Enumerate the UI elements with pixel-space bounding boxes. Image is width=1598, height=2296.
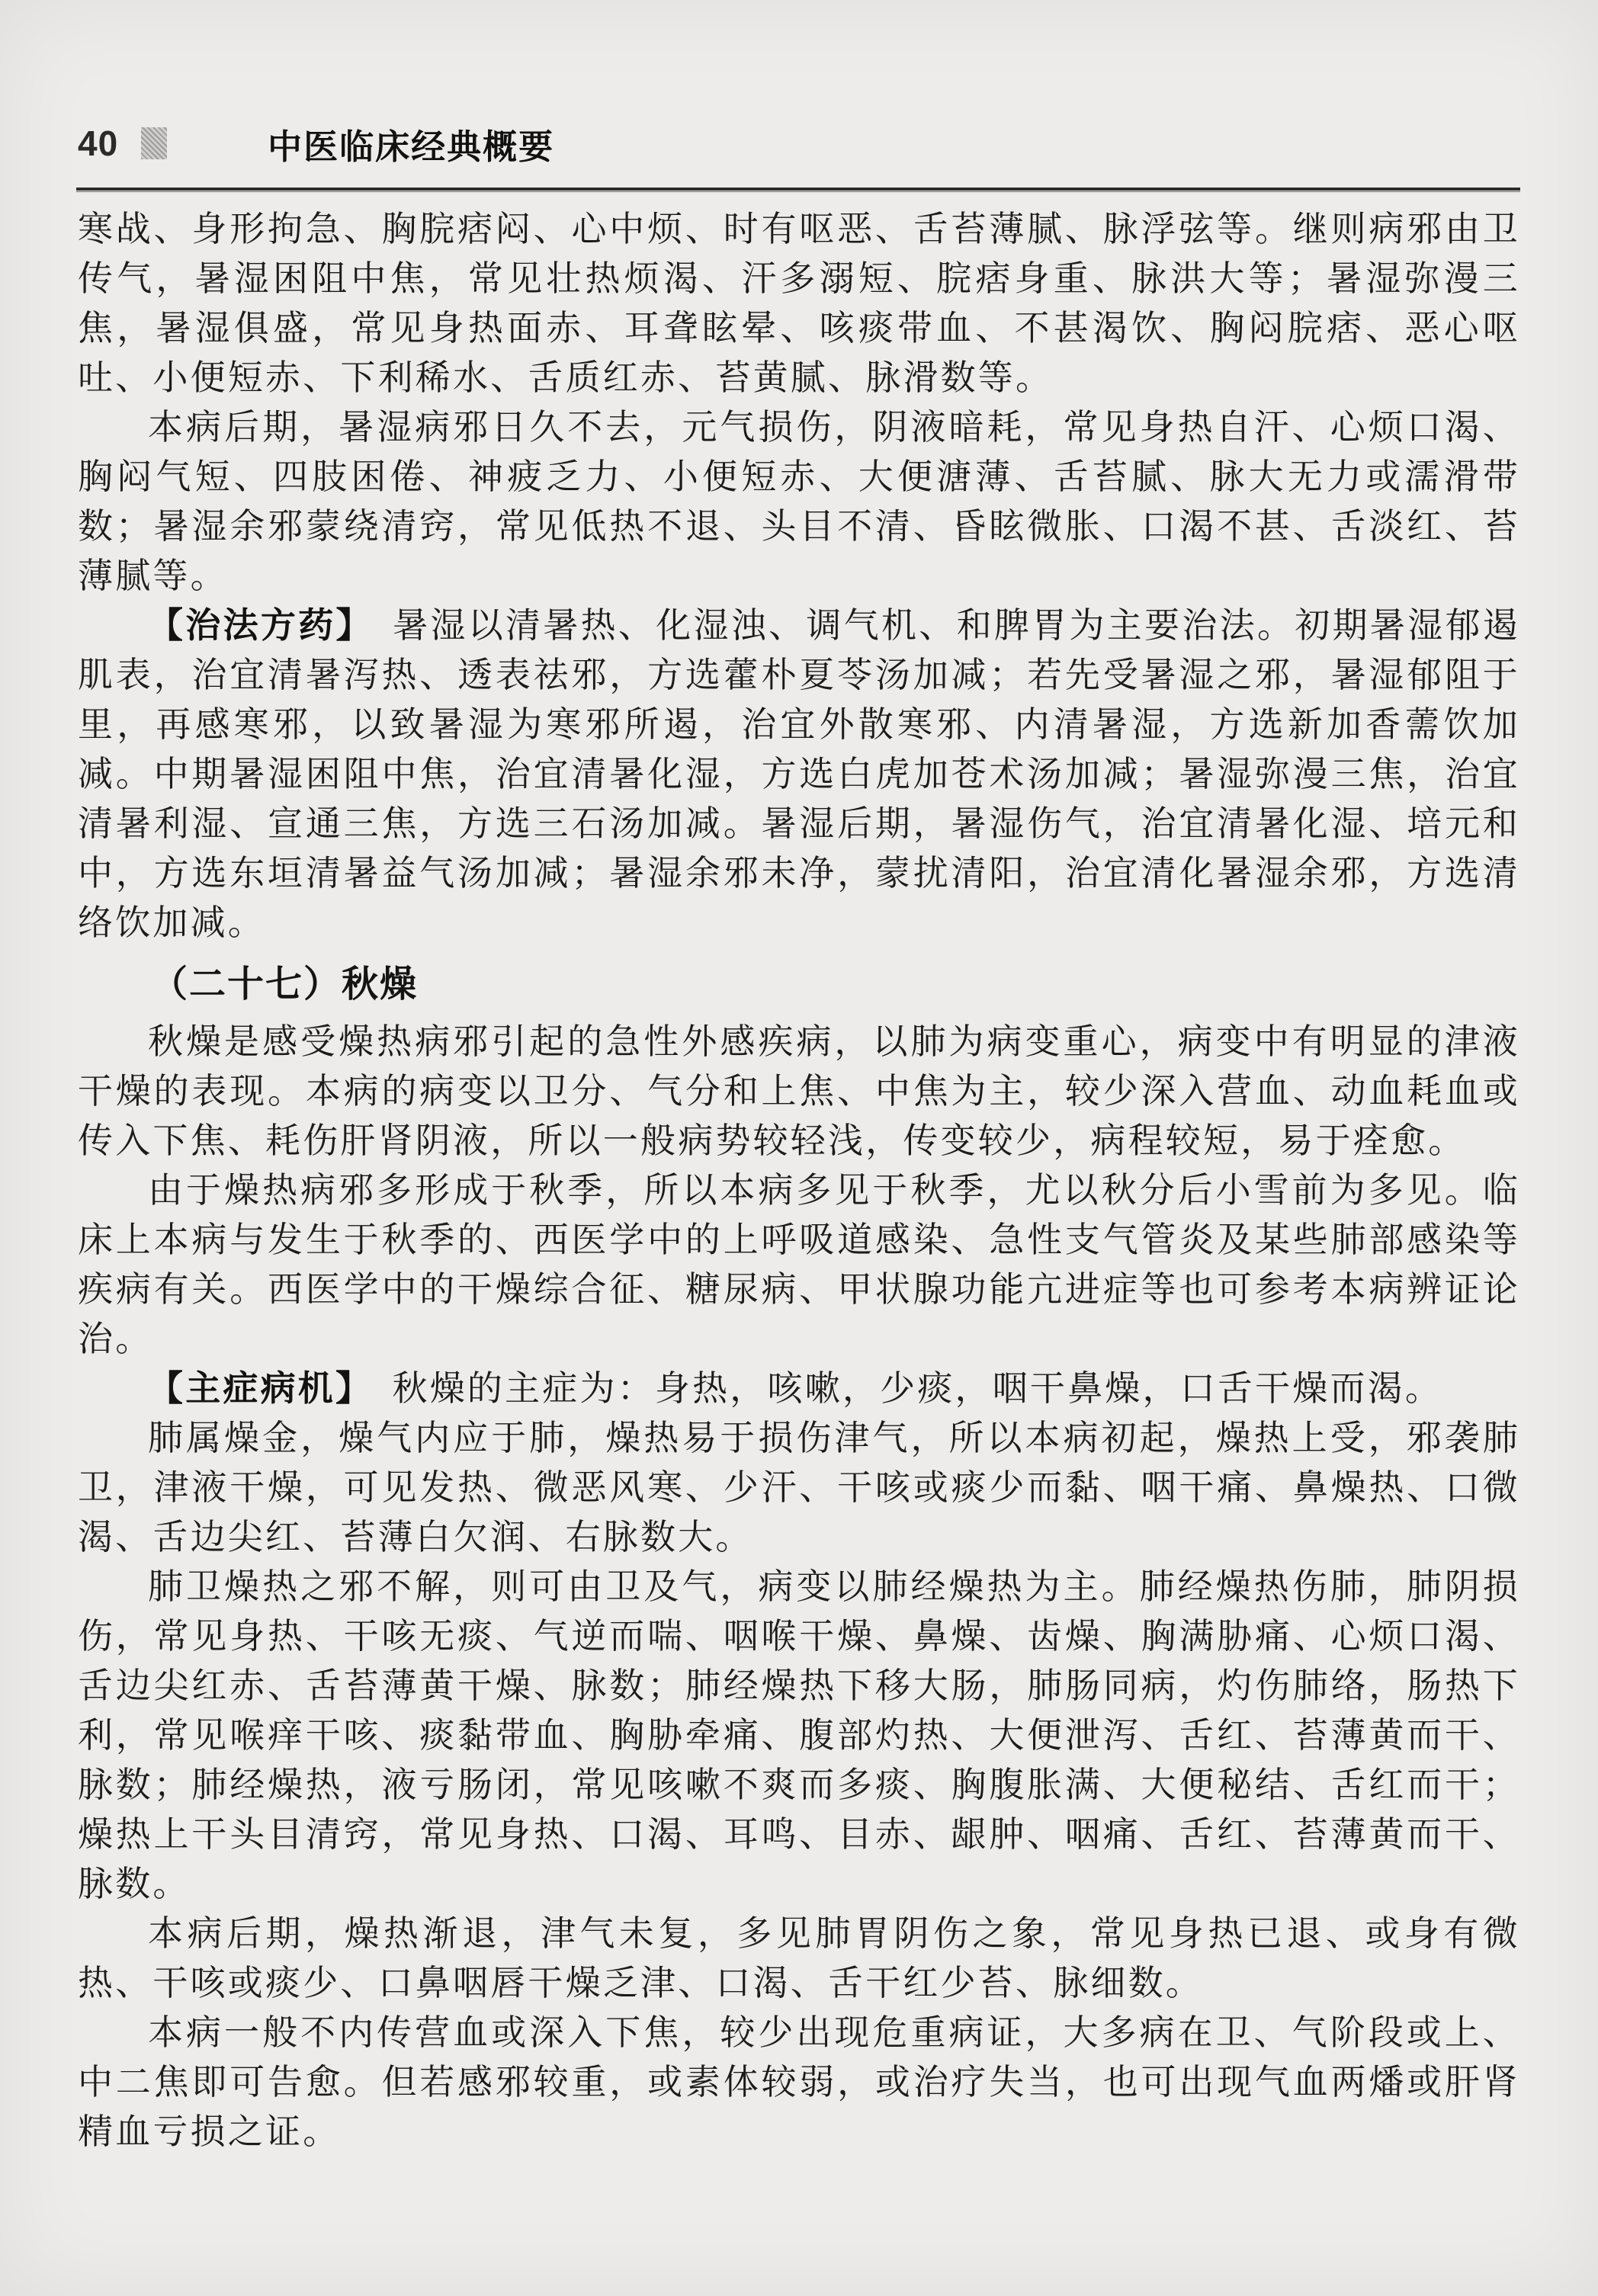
paragraph: 肺卫燥热之邪不解，则可由卫及气，病变以肺经燥热为主。肺经燥热伤肺，肺阴损伤，常见… bbox=[78, 1562, 1520, 1909]
paragraph-text: 本病一般不内传营血或深入下焦，较少出现危重病证，大多病在卫、气阶段或上、中二焦即… bbox=[78, 2013, 1520, 2151]
paragraph-label: 【治法方药】 bbox=[148, 605, 374, 645]
paragraph-text: 本病后期，暑湿病邪日久不去，元气损伤，阴液暗耗，常见身热自汗、心烦口渴、胸闷气短… bbox=[78, 408, 1520, 595]
paragraph: 本病一般不内传营血或深入下焦，较少出现危重病证，大多病在卫、气阶段或上、中二焦即… bbox=[78, 2008, 1520, 2157]
book-title: 中医临床经典概要 bbox=[268, 119, 554, 168]
paragraph-text: 肺属燥金，燥气内应于肺，燥热易于损伤津气，所以本病初起，燥热上受，邪袭肺卫，津液… bbox=[78, 1419, 1520, 1557]
page-number: 40 bbox=[78, 123, 118, 164]
paragraph-text: 本病后期，燥热渐退，津气未复，多见肺胃阴伤之象，常见身热已退、或身有微热、干咳或… bbox=[78, 1914, 1520, 2003]
paragraph: 肺属燥金，燥气内应于肺，燥热易于损伤津气，所以本病初起，燥热上受，邪袭肺卫，津液… bbox=[78, 1413, 1520, 1562]
paragraph-text: 肺卫燥热之邪不解，则可由卫及气，病变以肺经燥热为主。肺经燥热伤肺，肺阴损伤，常见… bbox=[78, 1567, 1520, 1903]
paragraph: 【治法方药】暑湿以清暑热、化湿浊、调气机、和脾胃为主要治法。初期暑湿郁遏肌表，治… bbox=[78, 601, 1520, 948]
paragraph: 【主症病机】秋燥的主症为：身热，咳嗽，少痰，咽干鼻燥，口舌干燥而渴。 bbox=[78, 1364, 1520, 1413]
page-header: 40 中医临床经典概要 bbox=[78, 120, 1519, 166]
paragraph-text: 暑湿以清暑热、化湿浊、调气机、和脾胃为主要治法。初期暑湿郁遏肌表，治宜清暑泻热、… bbox=[78, 606, 1520, 942]
paragraph-text: 秋燥的主症为：身热，咳嗽，少痰，咽干鼻燥，口舌干燥而渴。 bbox=[393, 1369, 1443, 1408]
paragraph: 本病后期，暑湿病邪日久不去，元气损伤，阴液暗耗，常见身热自汗、心烦口渴、胸闷气短… bbox=[78, 402, 1520, 601]
paragraph: 本病后期，燥热渐退，津气未复，多见肺胃阴伤之象，常见身热已退、或身有微热、干咳或… bbox=[78, 1909, 1520, 2008]
paragraph: 秋燥是感受燥热病邪引起的急性外感疾病，以肺为病变重心，病变中有明显的津液干燥的表… bbox=[78, 1017, 1520, 1166]
page-content: 寒战、身形拘急、胸脘痞闷、心中烦、时有呕恶、舌苔薄腻、脉浮弦等。继则病邪由卫传气… bbox=[78, 204, 1520, 2157]
section-heading: （二十七）秋燥 bbox=[78, 960, 1520, 1009]
paragraph: 寒战、身形拘急、胸脘痞闷、心中烦、时有呕恶、舌苔薄腻、脉浮弦等。继则病邪由卫传气… bbox=[78, 204, 1520, 402]
header-rule bbox=[76, 188, 1520, 192]
paragraph-text: 由于燥热病邪多形成于秋季，所以本病多见于秋季，尤以秋分后小雪前为多见。临床上本病… bbox=[78, 1171, 1520, 1358]
scanned-page: 40 中医临床经典概要 寒战、身形拘急、胸脘痞闷、心中烦、时有呕恶、舌苔薄腻、脉… bbox=[0, 0, 1598, 2296]
halftone-square-icon bbox=[141, 127, 167, 159]
paragraph-text: 寒战、身形拘急、胸脘痞闷、心中烦、时有呕恶、舌苔薄腻、脉浮弦等。继则病邪由卫传气… bbox=[78, 210, 1520, 397]
paragraph: 由于燥热病邪多形成于秋季，所以本病多见于秋季，尤以秋分后小雪前为多见。临床上本病… bbox=[78, 1166, 1520, 1364]
paragraph-label: 【主症病机】 bbox=[148, 1368, 373, 1408]
paragraph-text: 秋燥是感受燥热病邪引起的急性外感疾病，以肺为病变重心，病变中有明显的津液干燥的表… bbox=[78, 1022, 1520, 1160]
